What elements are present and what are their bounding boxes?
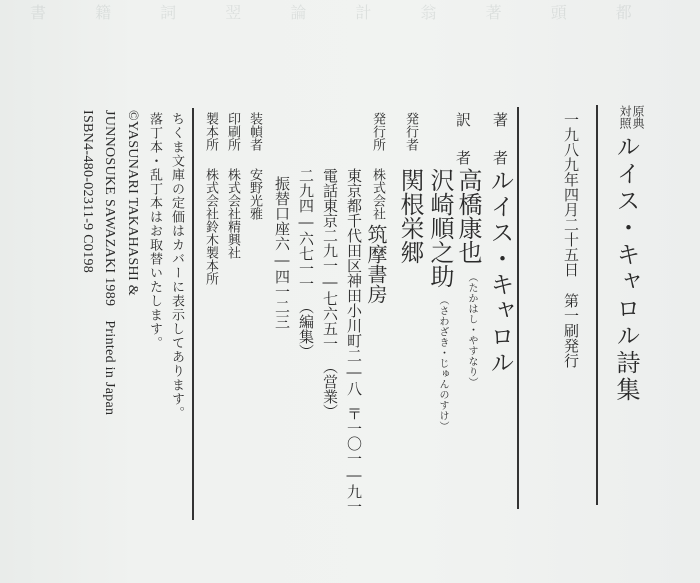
production-role-printer: 印刷所 (226, 112, 239, 151)
credit-name-translator-1: 高橋康也 (456, 168, 480, 264)
credit-role-author: 著 者 (492, 112, 507, 169)
credit-reading-translator-1: （たかはし・やすなり） (466, 272, 476, 388)
production-role-designer: 装幀者 (248, 112, 261, 151)
transfer-account: 振替口座六―四一二三 (274, 176, 289, 329)
production-name-binder: 株式会社鈴木製本所 (204, 168, 217, 285)
publication-date-column: 一九八九年四月二十五日第一刷発行 (563, 112, 578, 368)
phone-editorial: 二九四―六七一一 (297, 168, 315, 291)
publisher-name: 筑摩書房 (366, 224, 386, 304)
show-through-text: 書 籍 詞 翌 論 計 翁 著 頭 都 論 訓 詩 賞 鏡 閑 衝 (30, 0, 650, 60)
publisher-address: 東京都千代田区神田小川町二―八 (345, 168, 363, 396)
phone-sales-column: 電話東京二九一―七六五一（営業） (322, 168, 337, 419)
production-name-designer: 安野光雅 (248, 168, 261, 220)
credit-role-publisher: 発行者 (404, 112, 417, 151)
title-prefix-line2: 対照 (618, 105, 632, 129)
credit-name-publisher: 関根栄郷 (398, 168, 422, 264)
phone-editorial-label: （編集） (297, 299, 315, 359)
credit-reading-translator-2: （さわざき・じゅんのすけ） (437, 295, 447, 432)
production-role-binder: 製本所 (204, 112, 217, 151)
credit-role-translator: 訳 者 (455, 112, 470, 169)
colophon-page: 書 籍 詞 翌 論 計 翁 著 頭 都 論 訓 詩 賞 鏡 閑 衝 原典 対照 … (0, 0, 700, 583)
note-price: ちくま文庫の定価はカバーに表示してあります。 (170, 112, 183, 420)
printed-in: Printed in Japan (102, 320, 117, 415)
publisher-role: 発行所 (371, 112, 384, 151)
publication-date: 一九八九年四月二十五日 (562, 112, 580, 277)
production-name-printer: 株式会社精興社 (226, 168, 239, 259)
title-prefix-line1: 原典 (631, 105, 645, 129)
phone-editorial-column: 二九四―六七一一（編集） (298, 168, 313, 359)
book-title: ルイス・キャロル詩集 (614, 134, 638, 404)
copyright-line1: ©YASUNARI TAKAHASHI & (125, 110, 139, 296)
publisher-address-column: 東京都千代田区神田小川町二―八〒一〇一―九一 (346, 168, 361, 514)
phone-sales: 電話東京二九一―七六五一 (321, 168, 339, 351)
divider-rule (596, 105, 598, 505)
phone-sales-label: （営業） (321, 359, 339, 419)
divider-rule (517, 107, 519, 509)
publisher-company-prefix: 株式会社 (371, 168, 384, 220)
copyright-line2: JUNNOSUKE SAWAZAKI 1989 (102, 110, 117, 306)
publisher-postal: 〒一〇一―九一 (345, 406, 363, 514)
copyright-line2-column: JUNNOSUKE SAWAZAKI 1989Printed in Japan (102, 110, 116, 415)
edition-label: 第一刷発行 (562, 293, 580, 368)
isbn: ISBN4-480-02311-9 C0198 (80, 110, 94, 273)
divider-rule (192, 108, 194, 520)
title-prefix: 原典 対照 (614, 105, 644, 129)
credit-name-author: ルイス・キャロル (488, 168, 512, 376)
credit-name-translator-2: 沢崎順之助 (428, 168, 452, 288)
note-replacement: 落丁本・乱丁本はお取替いたします。 (148, 112, 161, 350)
